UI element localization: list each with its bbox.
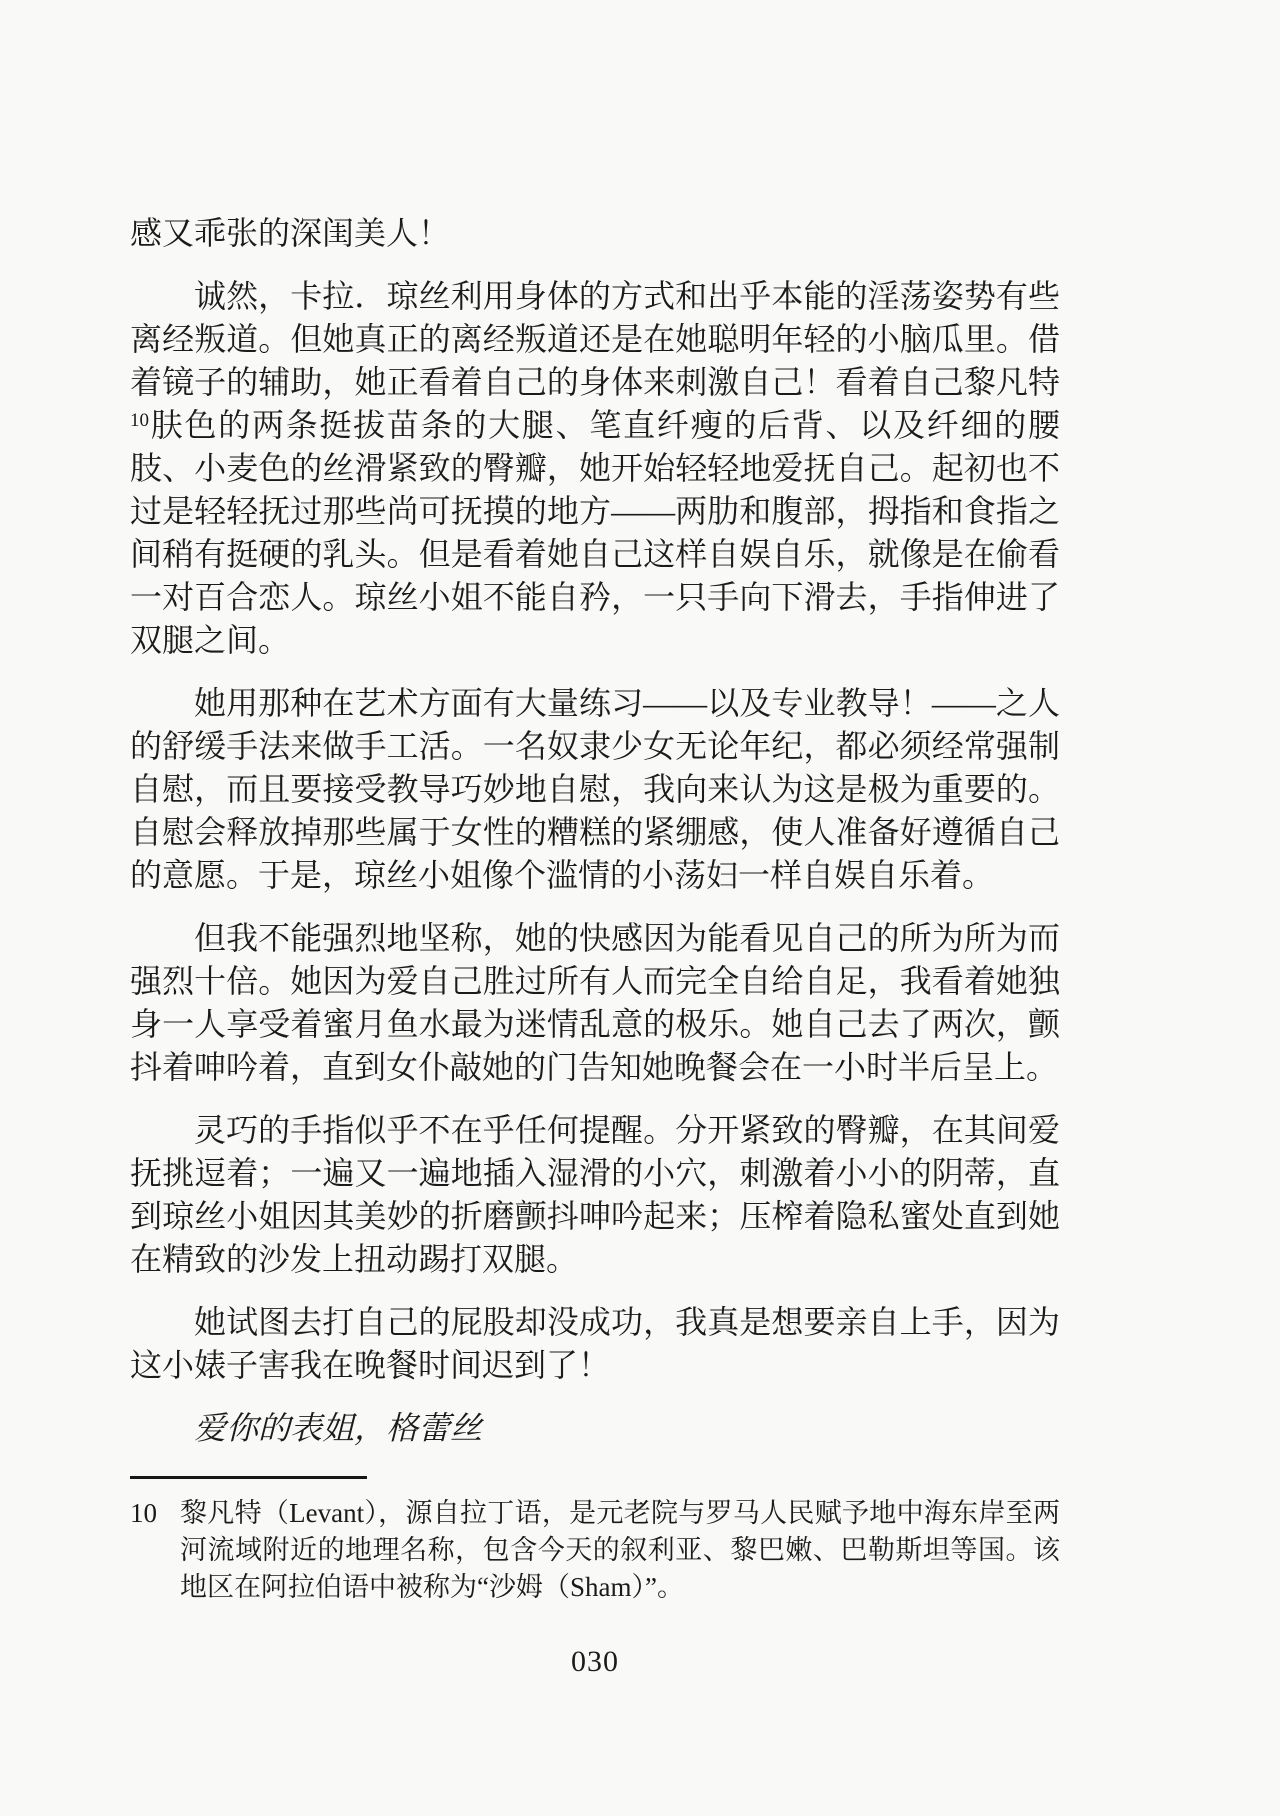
text-run: 她试图去打自己的屁股却没成功，我真是想要亲自上手，因为这小婊子害我在晚餐时间迟到… — [130, 1304, 1060, 1383]
text-run: 但我不能强烈地坚称，她的快感因为能看见自己的所为所为而强烈十倍。她因为爱自己胜过… — [130, 920, 1060, 1085]
text-run: 诚然，卡拉．琼丝利用身体的方式和出乎本能的淫荡姿势有些离经叛道。但她真正的离经叛… — [130, 278, 1060, 400]
text-run: 她用那种在艺术方面有大量练习——以及专业教导！——之人的舒缓手法来做手工活。一名… — [130, 685, 1060, 893]
paragraph-4: 但我不能强烈地坚称，她的快感因为能看见自己的所为所为而强烈十倍。她因为爱自己胜过… — [130, 917, 1060, 1089]
paragraph-1: 感又乖张的深闺美人！ — [130, 212, 1060, 255]
page-body-text: 感又乖张的深闺美人！诚然，卡拉．琼丝利用身体的方式和出乎本能的淫荡姿势有些离经叛… — [130, 212, 1060, 1387]
page-number: 030 — [130, 1640, 1060, 1683]
paragraph-5: 灵巧的手指似乎不在乎任何提醒。分开紧致的臀瓣，在其间爱抚挑逗着；一遍又一遍地插入… — [130, 1109, 1060, 1281]
paragraph-6: 她试图去打自己的屁股却没成功，我真是想要亲自上手，因为这小婊子害我在晚餐时间迟到… — [130, 1301, 1060, 1387]
paragraph-3: 她用那种在艺术方面有大量练习——以及专业教导！——之人的舒缓手法来做手工活。一名… — [130, 682, 1060, 897]
footnote-marker: 10 — [130, 1495, 180, 1532]
text-run: 肤色的两条挺拔苗条的大腿、笔直纤瘦的后背、以及纤细的腰肢、小麦色的丝滑紧致的臀瓣… — [130, 407, 1060, 658]
footnote-ref-10: 10 — [130, 410, 149, 431]
text-run: 灵巧的手指似乎不在乎任何提醒。分开紧致的臀瓣，在其间爱抚挑逗着；一遍又一遍地插入… — [130, 1112, 1060, 1277]
signature-line: 爱你的表姐，格蕾丝 — [130, 1407, 1060, 1450]
text-run: 感又乖张的深闺美人！ — [130, 215, 450, 251]
paragraph-2: 诚然，卡拉．琼丝利用身体的方式和出乎本能的淫荡姿势有些离经叛道。但她真正的离经叛… — [130, 275, 1060, 662]
book-page: 感又乖张的深闺美人！诚然，卡拉．琼丝利用身体的方式和出乎本能的淫荡姿势有些离经叛… — [0, 0, 1280, 1816]
footnote-text: 黎凡特（Levant），源自拉丁语，是元老院与罗马人民赋予地中海东岸至两河流域附… — [180, 1495, 1060, 1606]
footnote: 10 黎凡特（Levant），源自拉丁语，是元老院与罗马人民赋予地中海东岸至两河… — [130, 1495, 1060, 1606]
footnote-divider — [130, 1476, 367, 1479]
